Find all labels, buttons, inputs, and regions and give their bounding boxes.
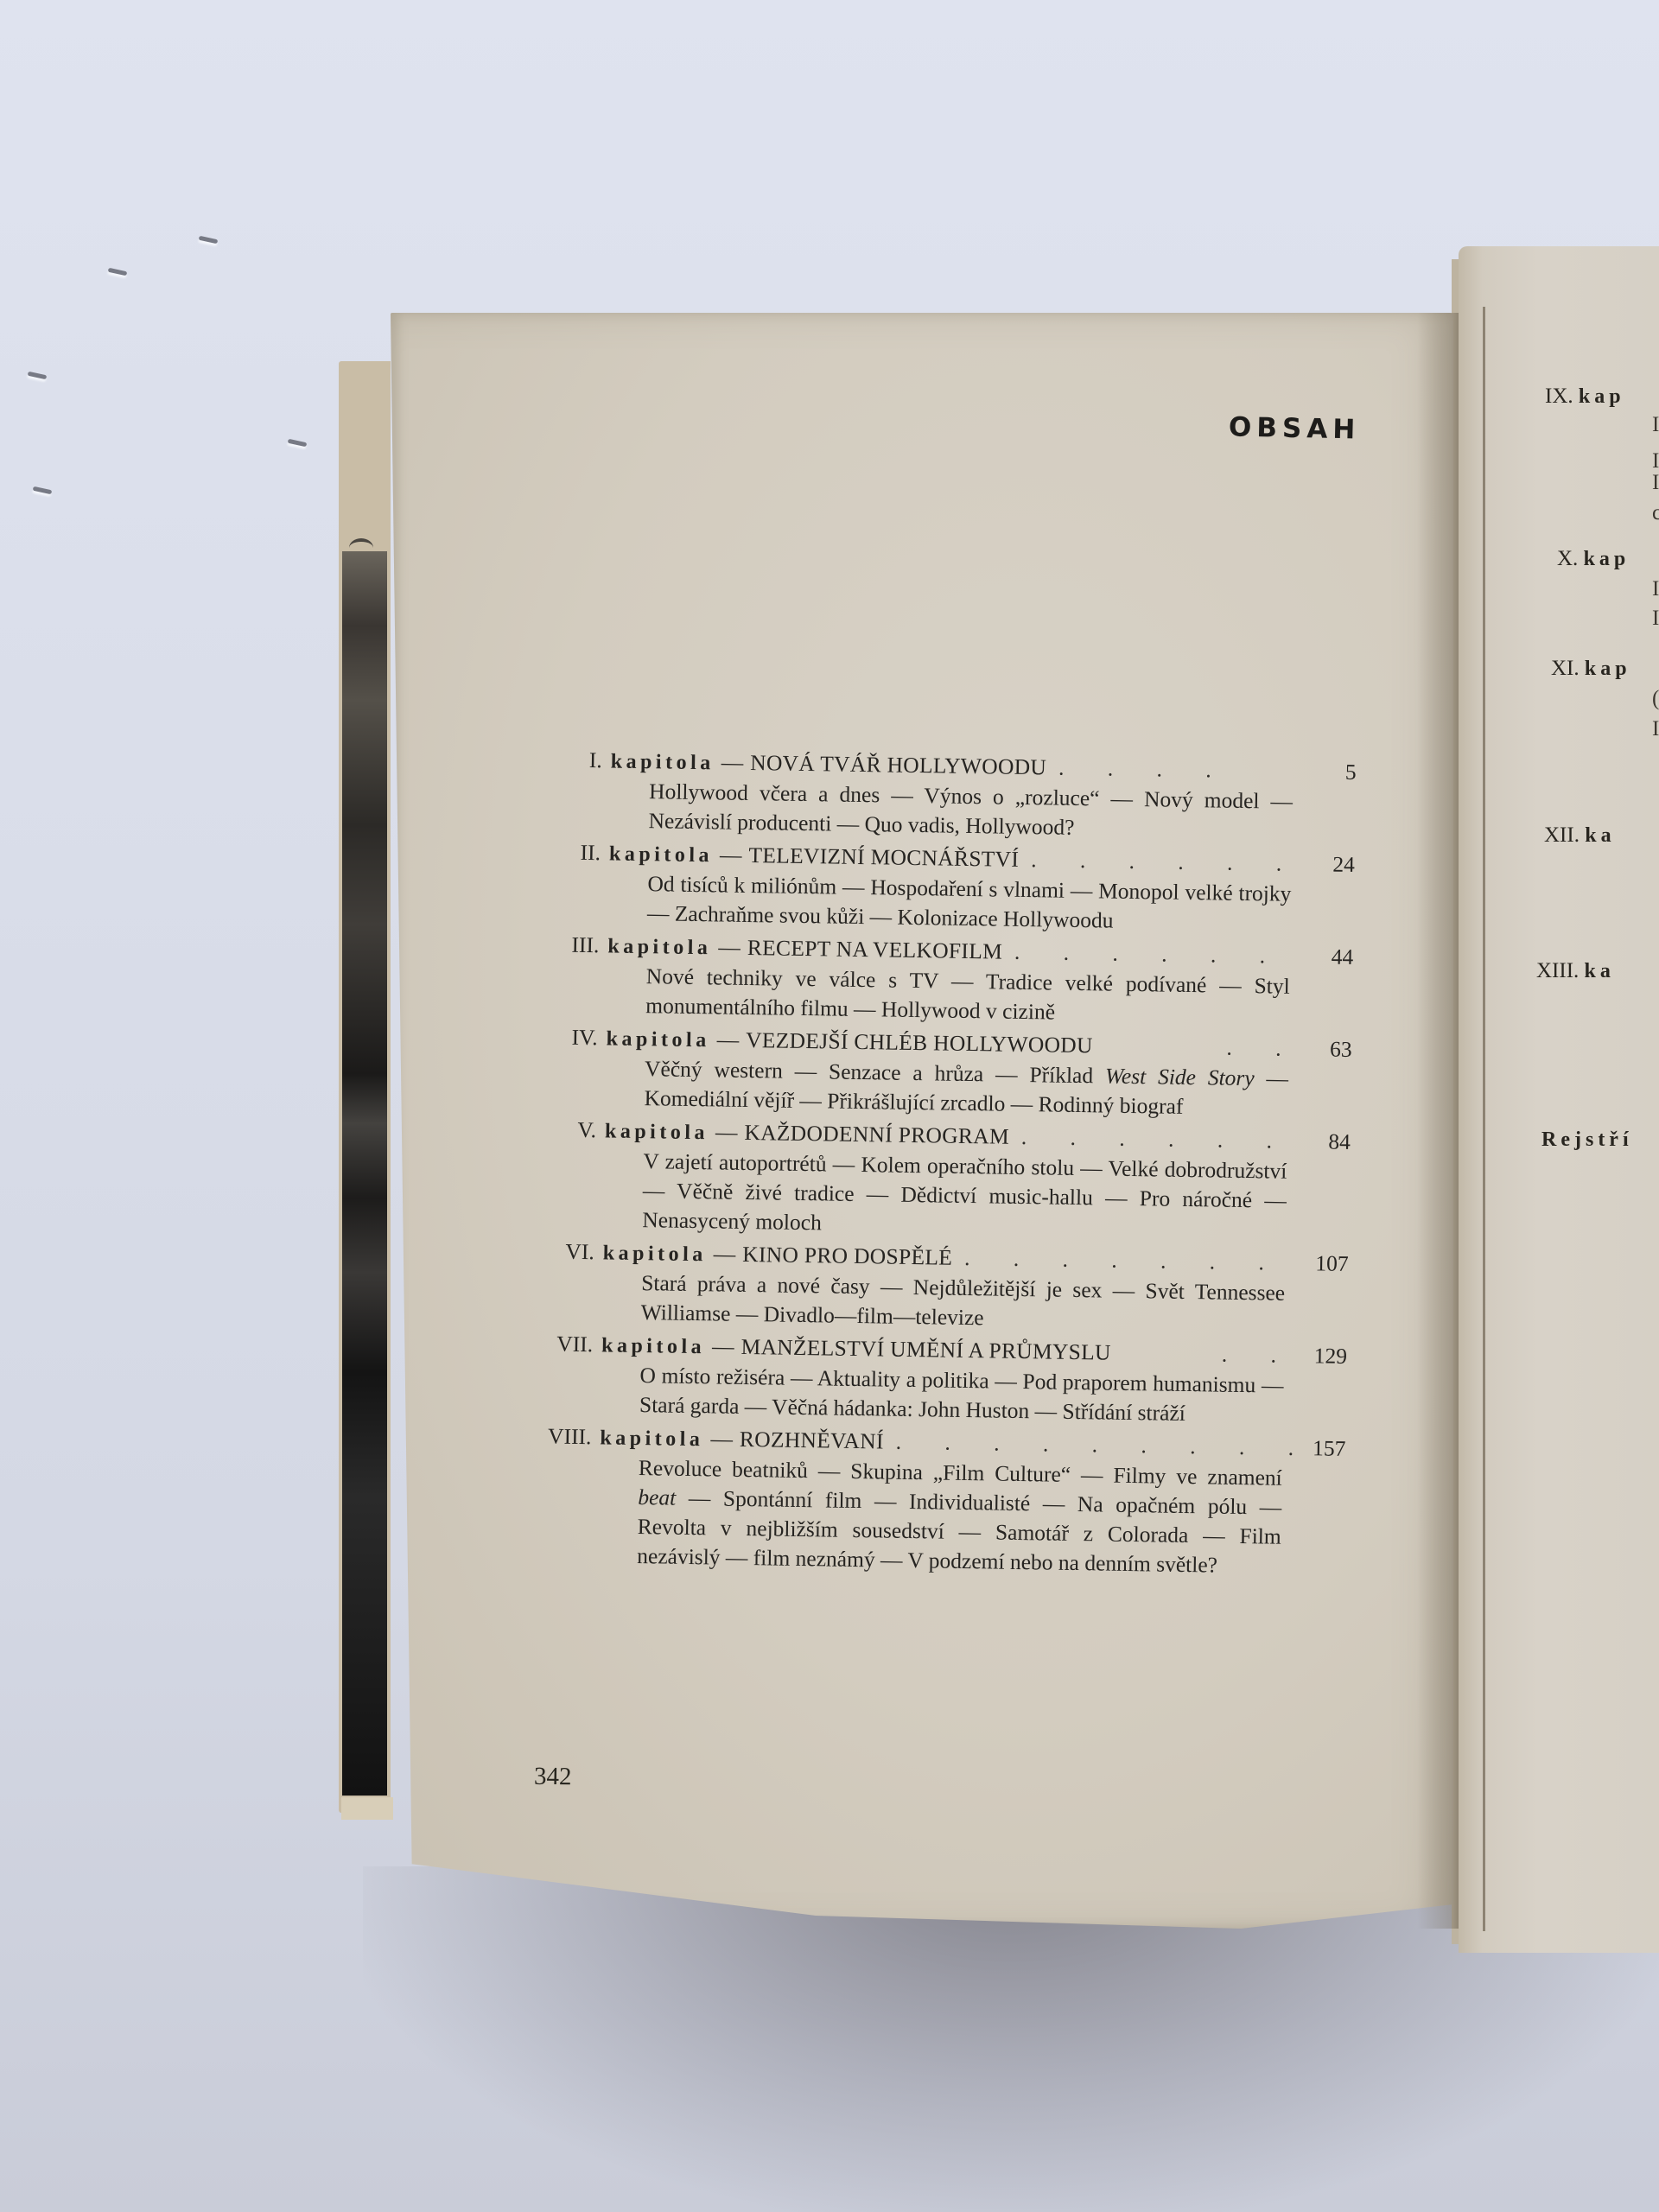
toc-entry: III. kapitola — RECEPT NA VELKOFILM . . … [527, 930, 1354, 1032]
chapter-page: 24 [1303, 849, 1356, 880]
dash: — [709, 1025, 746, 1055]
dot-leader: . . . . . . [1009, 1122, 1300, 1156]
text-fragment: I [1652, 577, 1659, 601]
right-toc-entry-xiii: XIII. ka [1536, 959, 1615, 983]
text-fragment: c [1652, 501, 1659, 525]
right-toc-entry-x: X. kap [1557, 547, 1630, 571]
text-fragment: I [1652, 413, 1659, 437]
gutter-shadow [1417, 313, 1460, 1929]
chapter-numeral: XIII. [1536, 959, 1579, 982]
toc-entry: VI. kapitola — KINO PRO DOSPĚLÉ . . . . … [522, 1236, 1349, 1338]
chapter-description: Stará práva a nové časy — Nejdůležitější… [522, 1267, 1285, 1338]
text-fragment: I [1652, 449, 1659, 474]
chapter-page: 157 [1294, 1433, 1346, 1464]
right-page [1459, 246, 1659, 1953]
dash: — [707, 1239, 743, 1269]
spine-photo [342, 551, 387, 1796]
table-of-contents: I. kapitola — NOVÁ TVÁŘ HOLLYWOODU . . .… [518, 745, 1357, 1586]
chapter-title: MANŽELSTVÍ UMĚNÍ A PRŮMYSLU [741, 1332, 1111, 1368]
chapter-label: kapitola [607, 931, 712, 963]
chapter-numeral: I. [531, 745, 611, 775]
right-toc-entry-xi: XI. kap [1551, 657, 1631, 681]
dash: — [705, 1332, 741, 1362]
chapter-numeral: III. [528, 930, 608, 960]
dot-leader: . . . . . . [1002, 938, 1302, 971]
chapter-description: Věčný western — Senzace a hrůza — Příkla… [525, 1052, 1288, 1123]
chapter-numeral: X. [1557, 547, 1578, 570]
chapter-numeral: VI. [524, 1236, 604, 1267]
chapter-numeral: V. [525, 1115, 606, 1145]
chapter-label: kapitola [601, 1331, 706, 1362]
chapter-description: Od tisíců k miliónům — Hospodaření s vln… [529, 868, 1292, 938]
dash: — [713, 840, 749, 870]
toc-entry: VIII. kapitola — ROZHNĚVANÍ . . . . . . … [518, 1421, 1346, 1582]
dot-leader: . . . . . . . [952, 1243, 1297, 1278]
dash: — [703, 1424, 740, 1454]
index-label-fragment: Rejstří [1541, 1128, 1633, 1151]
chapter-label: kapitola [606, 1024, 710, 1055]
background-speck [28, 372, 48, 379]
background-speck [108, 268, 128, 276]
chapter-title: KINO PRO DOSPĚLÉ [742, 1240, 952, 1273]
text-fragment: ( [1652, 687, 1659, 711]
dot-leader: . . . . . . [1019, 845, 1303, 879]
chapter-description: Revoluce beatniků — Skupina „Film Cultur… [518, 1452, 1282, 1581]
toc-entry: II. kapitola — TELEVIZNÍ MOCNÁŘSTVÍ . . … [529, 837, 1356, 939]
chapter-numeral: XII. [1544, 823, 1580, 847]
description-text: — Spontánní film — Individualisté — Na o… [637, 1485, 1281, 1578]
chapter-numeral: XI. [1551, 657, 1580, 680]
chapter-label: kapitola [603, 1238, 708, 1269]
chapter-title: NOVÁ TVÁŘ HOLLYWOODU [750, 748, 1046, 782]
chapter-page: 44 [1301, 942, 1354, 972]
chapter-label-fragment: kap [1585, 658, 1631, 680]
right-toc-entry-xii: XII. ka [1544, 823, 1616, 848]
chapter-numeral: VII. [522, 1329, 602, 1359]
toc-entry: V. kapitola — KAŽDODENNÍ PROGRAM . . . .… [524, 1115, 1351, 1246]
book-spine [339, 361, 391, 1813]
spine-bottom-band [341, 1797, 393, 1820]
text-fragment: I [1652, 717, 1659, 741]
dash: — [709, 1117, 745, 1147]
chapter-label-fragment: kap [1584, 548, 1630, 570]
chapter-title: KAŽDODENNÍ PROGRAM [744, 1118, 1009, 1152]
background-speck [288, 439, 308, 447]
toc-entry: I. kapitola — NOVÁ TVÁŘ HOLLYWOODU . . .… [530, 745, 1357, 847]
background-speck [199, 236, 219, 244]
toc-entry: VII. kapitola — MANŽELSTVÍ UMĚNÍ A PRŮMY… [521, 1329, 1348, 1431]
right-toc-entry-ix: IX. kap [1545, 385, 1625, 409]
chapter-numeral: IX. [1545, 385, 1573, 408]
dot-leader: . . . . [1046, 753, 1305, 786]
film-title-italic: West Side Story [1105, 1063, 1255, 1090]
background-speck [33, 486, 53, 494]
text-fragment: I [1652, 471, 1659, 495]
chapter-description: V zajetí autoportrétů — Kolem operačního… [524, 1145, 1287, 1245]
chapter-label: kapitola [600, 1423, 704, 1454]
page-title: OBSAH [1229, 411, 1361, 445]
toc-entry: IV. kapitola — VEZDEJŠÍ CHLÉB HOLLYWOODU… [525, 1022, 1352, 1124]
right-page-fold-line [1483, 307, 1485, 1931]
chapter-page: 84 [1299, 1127, 1351, 1157]
description-text: Věčný western — Senzace a hrůza — Příkla… [645, 1056, 1105, 1088]
chapter-page: 107 [1296, 1249, 1349, 1279]
page-number: 342 [534, 1763, 572, 1792]
dot-leader: . . [1092, 1031, 1300, 1064]
chapter-page: 5 [1304, 757, 1357, 787]
chapter-label: kapitola [610, 747, 715, 778]
chapter-label-fragment: kap [1579, 385, 1625, 408]
beat-italic: beat [638, 1484, 676, 1510]
chapter-title: VEZDEJŠÍ CHLÉB HOLLYWOODU [746, 1026, 1093, 1060]
chapter-numeral: VIII. [520, 1421, 601, 1452]
chapter-label: kapitola [609, 839, 714, 870]
chapter-numeral: IV. [526, 1022, 607, 1052]
chapter-description: Hollywood včera a dnes — Výnos o „rozluc… [530, 775, 1293, 846]
chapter-title: RECEPT NA VELKOFILM [747, 933, 1003, 967]
chapter-page: 129 [1295, 1341, 1348, 1371]
chapter-title: ROZHNĚVANÍ [740, 1425, 884, 1457]
chapter-label-fragment: ka [1585, 824, 1615, 847]
right-index-entry: Rejstří [1541, 1128, 1633, 1152]
chapter-label-fragment: ka [1585, 960, 1615, 982]
chapter-numeral: II. [530, 837, 610, 868]
text-fragment: I [1652, 607, 1659, 631]
chapter-title: TELEVIZNÍ MOCNÁŘSTVÍ [748, 841, 1019, 874]
chapter-page: 63 [1300, 1034, 1352, 1065]
dot-leader: . . [1110, 1338, 1295, 1370]
chapter-label: kapitola [605, 1116, 709, 1147]
chapter-description: O místo režiséra — Aktuality a politika … [521, 1359, 1284, 1430]
dash: — [714, 747, 750, 778]
dash: — [711, 932, 747, 963]
chapter-description: Nové techniky ve válce s TV — Tradice ve… [527, 960, 1290, 1031]
